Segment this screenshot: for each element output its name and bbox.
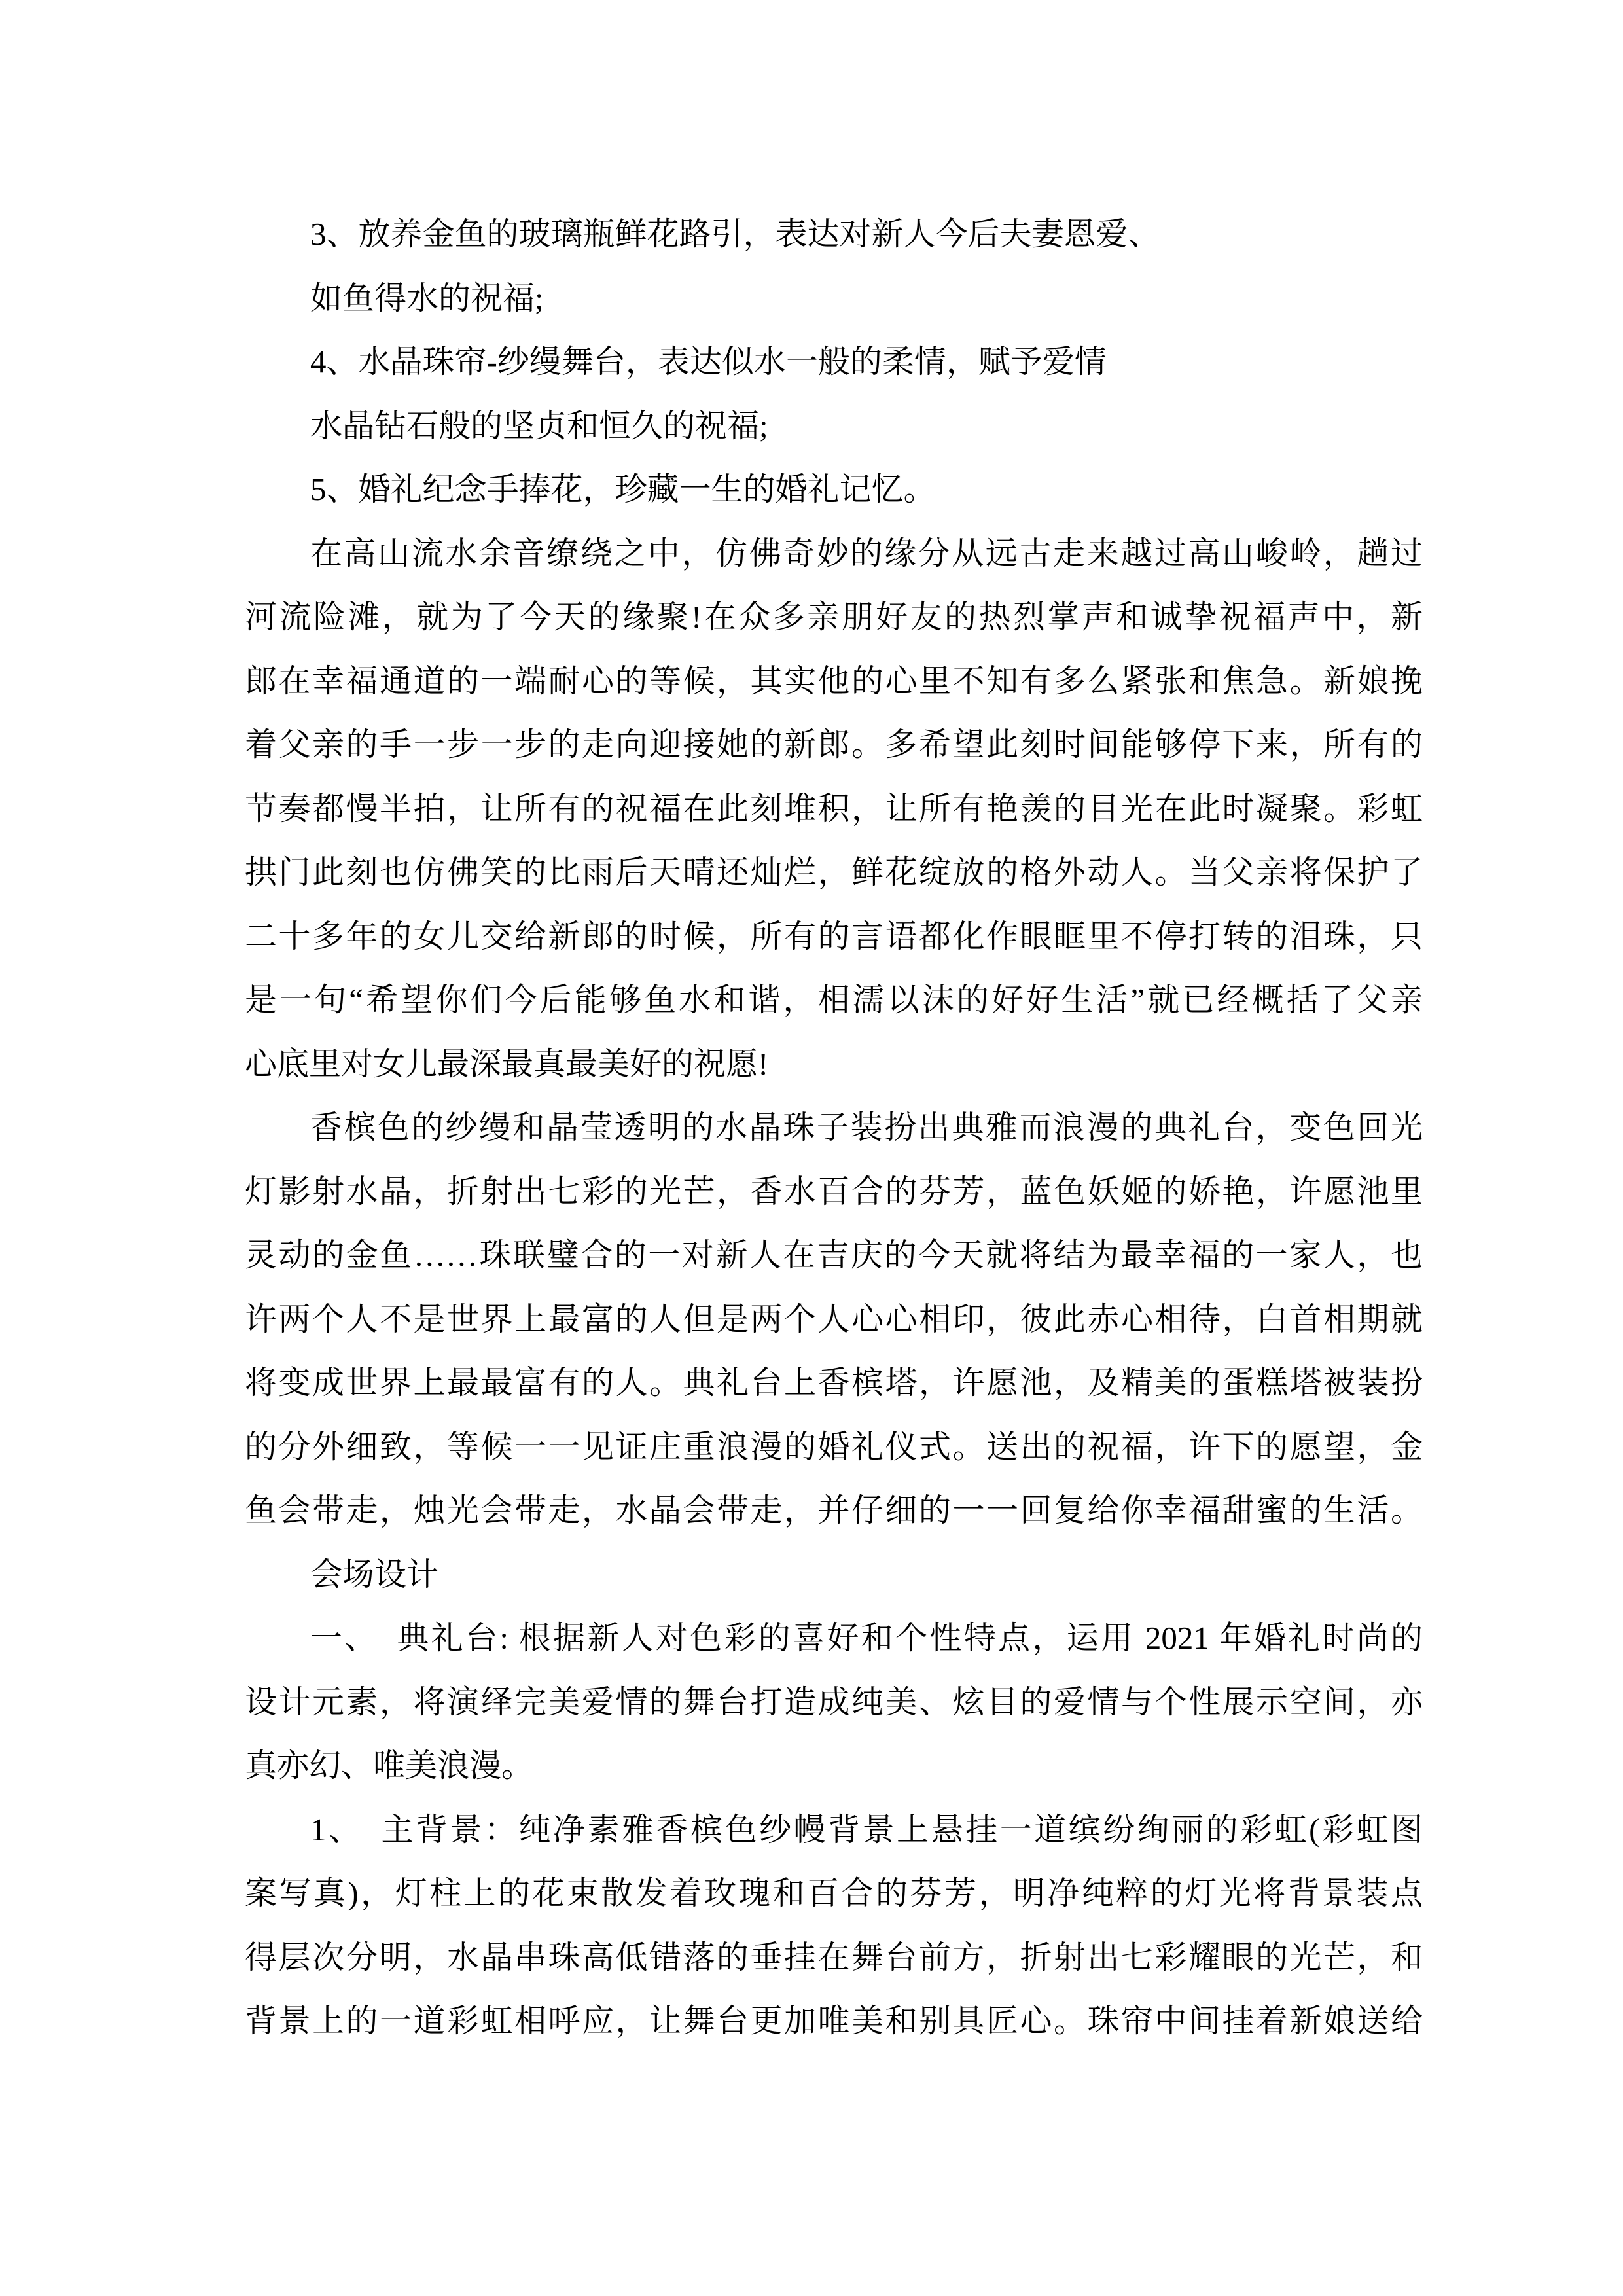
list-item-line: 水晶钻石般的坚贞和恒久的祝福; <box>245 394 1423 458</box>
document-page: 3、放养金鱼的玻璃瓶鲜花路引，表达对新人今后夫妻恩爱、 如鱼得水的祝福; 4、水… <box>0 0 1623 2296</box>
paragraph-line: 1、 主背景：纯净素雅香槟色纱幔背景上悬挂一道缤纷绚丽的彩虹(彩虹图 <box>245 1798 1423 1862</box>
paragraph-line: 鱼会带走，烛光会带走，水晶会带走，并仔细的一一回复给你幸福甜蜜的生活。 <box>245 1479 1423 1543</box>
paragraph-line: 设计元素，将演绎完美爱情的舞台打造成纯美、炫目的爱情与个性展示空间，亦 <box>245 1670 1423 1734</box>
paragraph-line: 灵动的金鱼……珠联璧合的一对新人在吉庆的今天就将结为最幸福的一家人，也 <box>245 1223 1423 1287</box>
paragraph-line: 二十多年的女儿交给新郎的时候，所有的言语都化作眼眶里不停打转的泪珠，只 <box>245 905 1423 969</box>
paragraph-line: 一、 典礼台: 根据新人对色彩的喜好和个性特点，运用 2021 年婚礼时尚的 <box>245 1606 1423 1670</box>
paragraph-line: 许两个人不是世界上最富的人但是两个人心心相印，彼此赤心相待，白首相期就 <box>245 1287 1423 1352</box>
paragraph-line: 得层次分明，水晶串珠高低错落的垂挂在舞台前方，折射出七彩耀眼的光芒，和 <box>245 1926 1423 1990</box>
paragraph-line: 在高山流水余音缭绕之中，仿佛奇妙的缘分从远古走来越过高山峻岭，趟过 <box>245 522 1423 586</box>
paragraph-line: 真亦幻、唯美浪漫。 <box>245 1734 1423 1798</box>
section-heading: 会场设计 <box>245 1543 1423 1607</box>
paragraph-line: 将变成世界上最最富有的人。典礼台上香槟塔，许愿池，及精美的蛋糕塔被装扮 <box>245 1351 1423 1415</box>
list-item-line: 如鱼得水的祝福; <box>245 266 1423 331</box>
list-item-line: 5、婚礼纪念手捧花，珍藏一生的婚礼记忆。 <box>245 457 1423 522</box>
paragraph-line: 着父亲的手一步一步的走向迎接她的新郎。多希望此刻时间能够停下来，所有的 <box>245 713 1423 777</box>
paragraph-line: 郎在幸福通道的一端耐心的等候，其实他的心里不知有多么紧张和焦急。新娘挽 <box>245 649 1423 713</box>
paragraph-line: 拱门此刻也仿佛笑的比雨后天晴还灿烂，鲜花绽放的格外动人。当父亲将保护了 <box>245 840 1423 905</box>
list-item-line: 3、放养金鱼的玻璃瓶鲜花路引，表达对新人今后夫妻恩爱、 <box>245 202 1423 266</box>
document-text-block: 3、放养金鱼的玻璃瓶鲜花路引，表达对新人今后夫妻恩爱、 如鱼得水的祝福; 4、水… <box>245 202 1423 2053</box>
paragraph-line: 的分外细致，等候一一见证庄重浪漫的婚礼仪式。送出的祝福，许下的愿望，金 <box>245 1415 1423 1479</box>
paragraph-line: 心底里对女儿最深最真最美好的祝愿! <box>245 1032 1423 1096</box>
paragraph-line: 背景上的一道彩虹相呼应，让舞台更加唯美和别具匠心。珠帘中间挂着新娘送给 <box>245 1989 1423 2053</box>
paragraph-line: 灯影射水晶，折射出七彩的光芒，香水百合的芬芳，蓝色妖姬的娇艳，许愿池里 <box>245 1160 1423 1224</box>
paragraph-line: 节奏都慢半拍，让所有的祝福在此刻堆积，让所有艳羡的目光在此时凝聚。彩虹 <box>245 777 1423 841</box>
paragraph-line: 案写真)，灯柱上的花束散发着玫瑰和百合的芬芳，明净纯粹的灯光将背景装点 <box>245 1861 1423 1926</box>
paragraph-line: 河流险滩，就为了今天的缘聚!在众多亲朋好友的热烈掌声和诚挚祝福声中，新 <box>245 585 1423 649</box>
paragraph-line: 香槟色的纱缦和晶莹透明的水晶珠子装扮出典雅而浪漫的典礼台，变色回光 <box>245 1096 1423 1160</box>
list-item-line: 4、水晶珠帘-纱缦舞台，表达似水一般的柔情，赋予爱情 <box>245 330 1423 394</box>
paragraph-line: 是一句“希望你们今后能够鱼水和谐，相濡以沫的好好生活”就已经概括了父亲 <box>245 968 1423 1032</box>
